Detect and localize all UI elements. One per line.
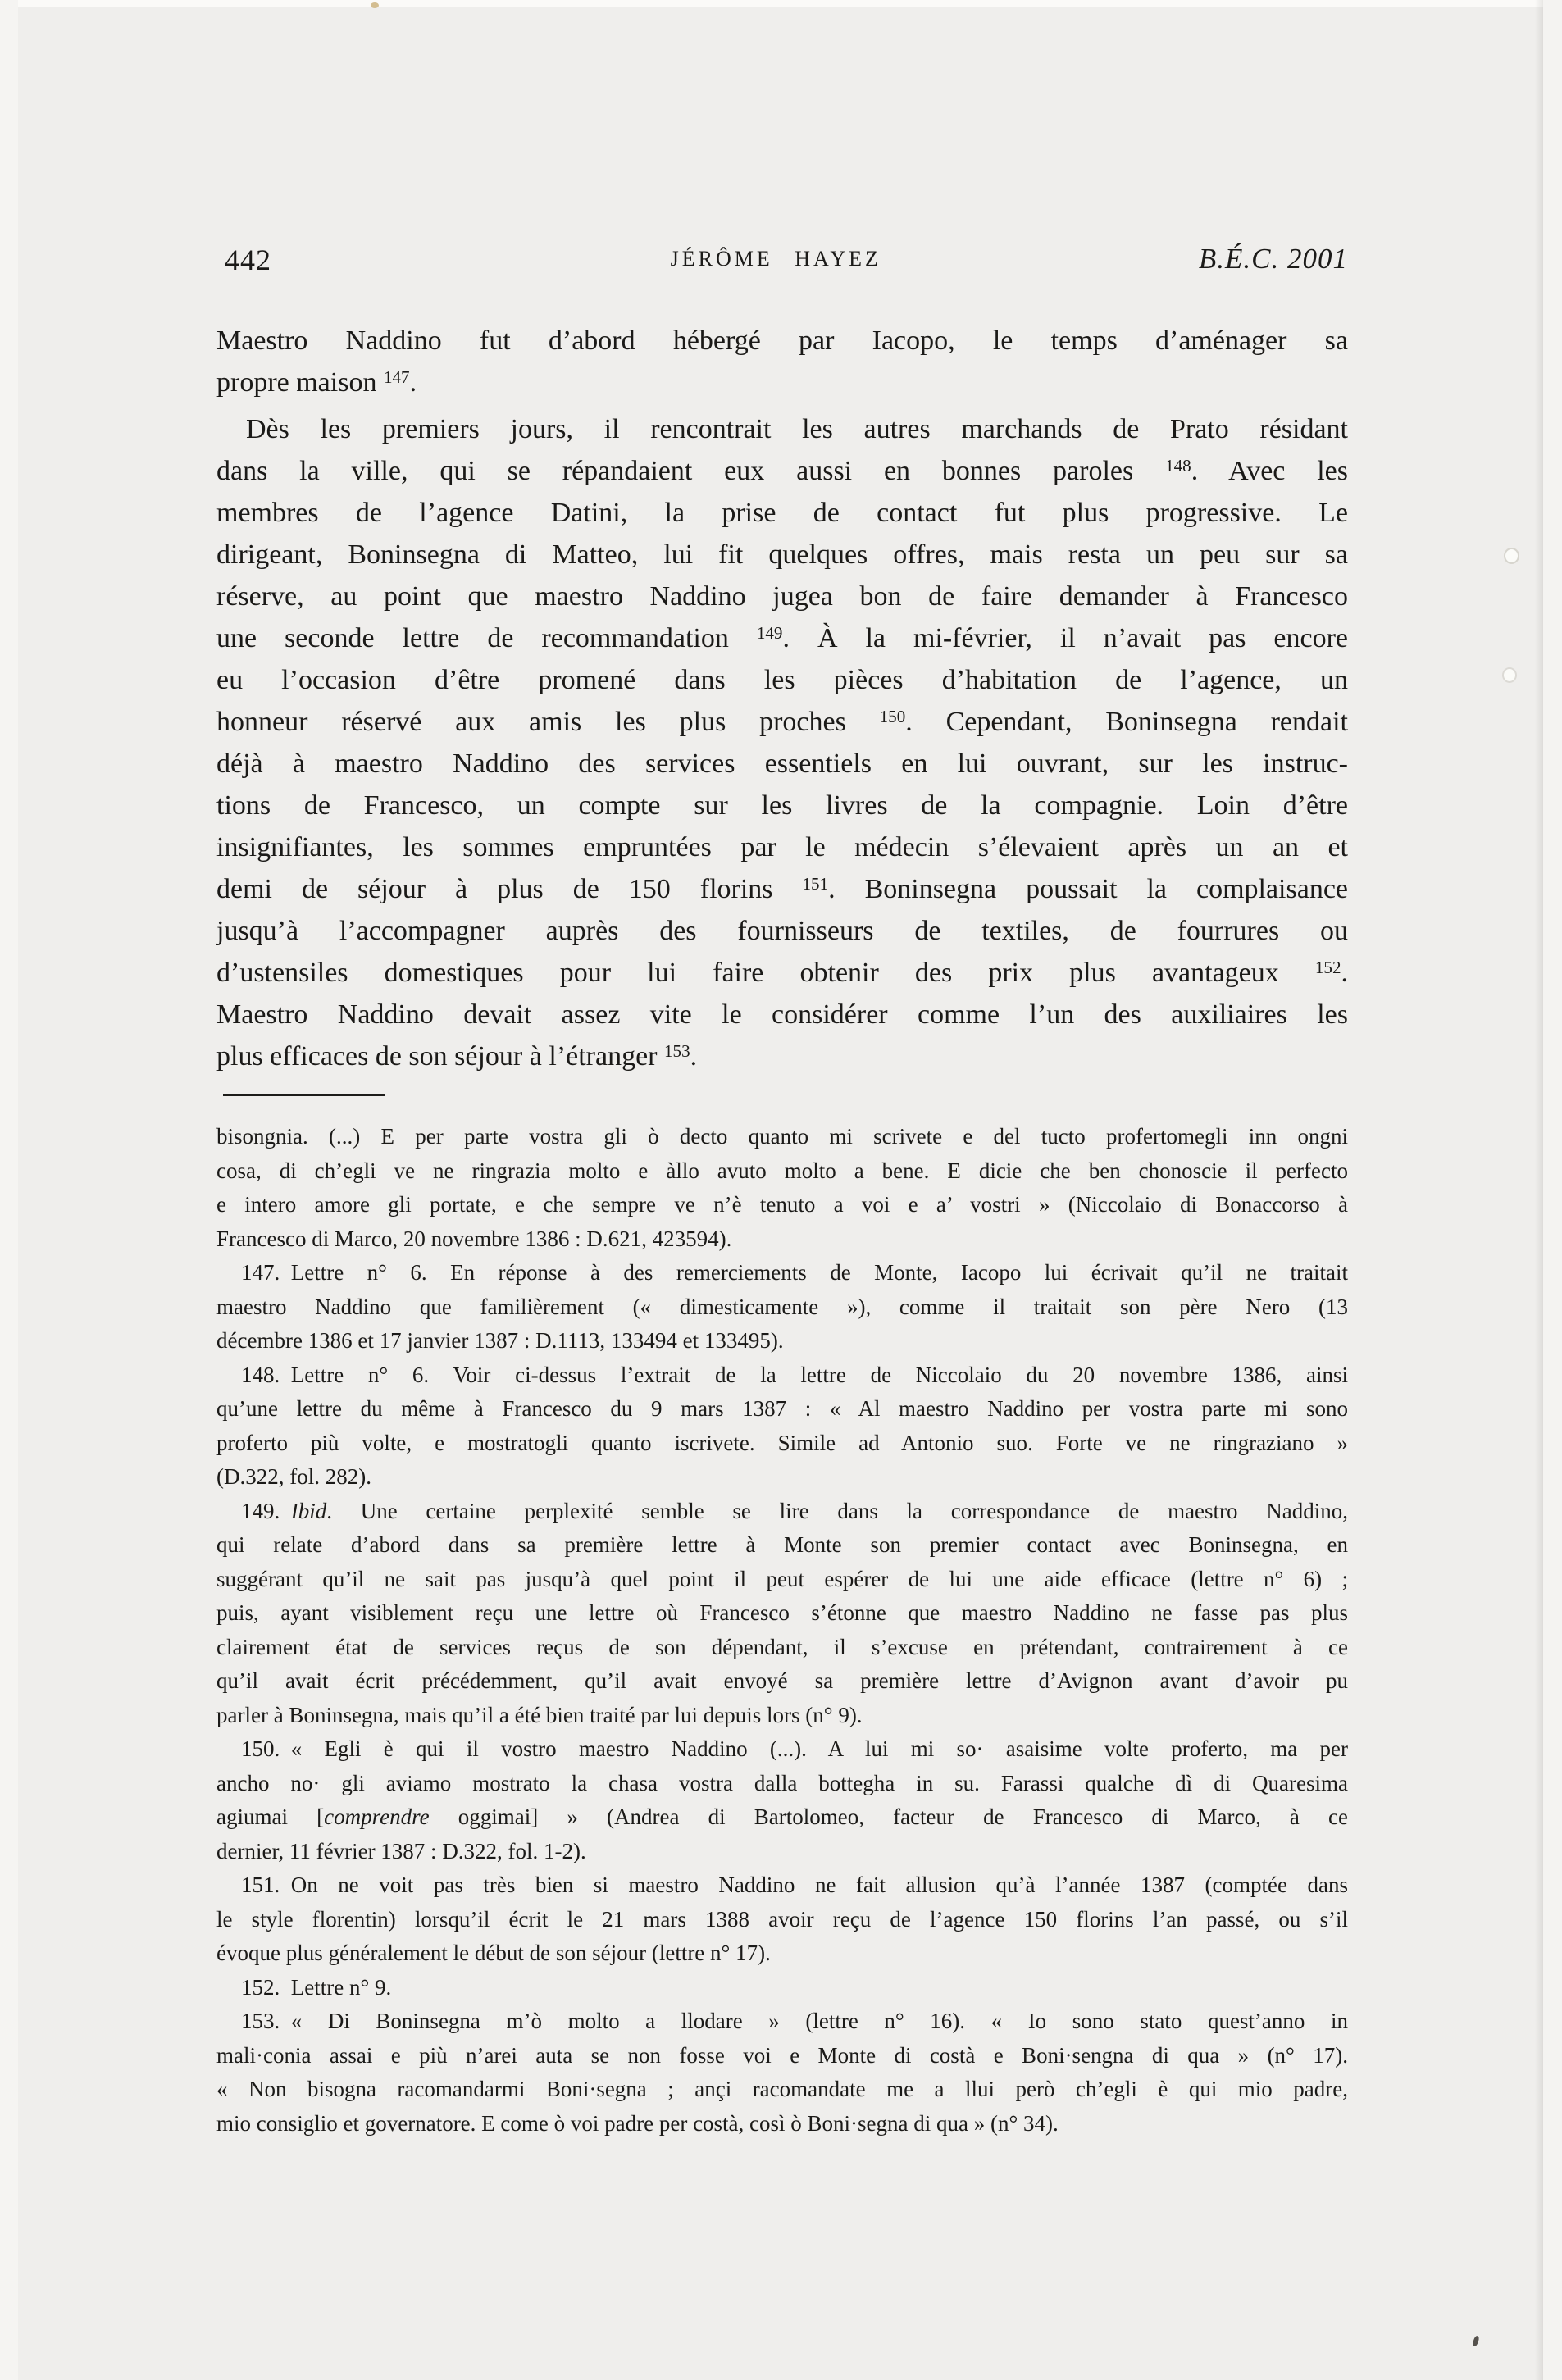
text-segment: . Une certaine perplexité semble se lire… (326, 1499, 1348, 1523)
text-segment: tions de Francesco, un compte sur les li… (216, 790, 1348, 821)
text-line: déjà à maestro Naddino des services esse… (216, 743, 1348, 785)
text-segment: plus efficaces de son séjour à l’étrange… (216, 1041, 664, 1072)
italic-text: Ibid (291, 1499, 327, 1523)
text-segment: propre maison (216, 367, 384, 398)
text-line: 152. Lettre n° 9. (216, 1971, 1348, 2005)
text-line: maestro Naddino que familièrement (« dim… (216, 1290, 1348, 1325)
body-paragraph: Dès les premiers jours, il rencontrait l… (216, 408, 1348, 1077)
text-segment: . À la mi-février, il n’avait pas encore (782, 623, 1348, 653)
text-line: qu’il avait écrit précédemment, qu’il av… (216, 1664, 1348, 1699)
scan-speck (1502, 667, 1517, 683)
text-line: demi de séjour à plus de 150 florins 151… (216, 868, 1348, 910)
footnote-ref: 147 (384, 367, 410, 387)
footnote-ref: 149 (757, 623, 783, 643)
body-paragraph: Maestro Naddino fut d’abord hébergé par … (216, 320, 1348, 403)
text-line: cosa, di ch’egli ve ne ringrazia molto e… (216, 1154, 1348, 1189)
text-segment: eu l’occasion d’être promené dans les pi… (216, 665, 1348, 695)
text-line: Francesco di Marco, 20 novembre 1386 : D… (216, 1222, 1348, 1257)
footnote-paragraph: bisongnia. (...) E per parte vostra gli … (216, 1120, 1348, 1256)
text-line: 153. « Di Boninsegna m’ò molto a llodare… (216, 2005, 1348, 2039)
scan-left-edge (0, 0, 18, 2380)
footnote-ref: 148 (1165, 456, 1191, 476)
text-line: clairement état de services reçus de son… (216, 1631, 1348, 1665)
italic-text: comprendre (324, 1804, 429, 1829)
text-line: puis, ayant visiblement reçu une lettre … (216, 1596, 1348, 1631)
text-line: qui relate d’abord dans sa première lett… (216, 1528, 1348, 1563)
text-line: dernier, 11 février 1387 : D.322, fol. 1… (216, 1835, 1348, 1869)
text-segment: Maestro Naddino devait assez vite le con… (216, 999, 1348, 1030)
footnote-paragraph: 151. On ne voit pas très bien si maestro… (216, 1868, 1348, 1971)
text-line: insignifiantes, les sommes empruntées pa… (216, 826, 1348, 868)
scan-right-shadow (1535, 0, 1543, 2380)
scan-top-edge (0, 0, 1562, 7)
text-line: jusqu’à l’accompagner auprès des fournis… (216, 910, 1348, 952)
text-segment: insignifiantes, les sommes empruntées pa… (216, 832, 1348, 862)
footnote-paragraph: 148. Lettre n° 6. Voir ci-dessus l’extra… (216, 1358, 1348, 1495)
text-segment: . Boninsegna poussait la complaisance (828, 874, 1348, 904)
text-segment: qui relate d’abord dans sa première lett… (216, 1532, 1348, 1557)
text-line: plus efficaces de son séjour à l’étrange… (216, 1035, 1348, 1077)
text-line: « Non bisogna racomandarmi Boni·segna ; … (216, 2073, 1348, 2107)
text-segment: réserve, au point que maestro Naddino ju… (216, 581, 1348, 612)
text-line: (D.322, fol. 282). (216, 1460, 1348, 1495)
text-line: Maestro Naddino devait assez vite le con… (216, 994, 1348, 1035)
scan-speck (371, 2, 379, 8)
text-segment: . (410, 367, 417, 398)
footnote-ref: 152 (1315, 958, 1341, 977)
text-line: évoque plus généralement le début de son… (216, 1936, 1348, 1971)
footnote-ref: 153 (664, 1041, 690, 1061)
text-segment: maestro Naddino que familièrement (« dim… (216, 1295, 1348, 1319)
text-segment: . Cependant, Boninsegna rendait (905, 707, 1348, 737)
text-line: bisongnia. (...) E per parte vostra gli … (216, 1120, 1348, 1154)
text-segment: puis, ayant visiblement reçu une lettre … (216, 1600, 1348, 1625)
scan-speck (1504, 548, 1519, 564)
text-line: eu l’occasion d’être promené dans les pi… (216, 659, 1348, 701)
text-segment: 150. « Egli è qui il vostro maestro Nadd… (241, 1736, 1348, 1761)
text-segment: 152. Lettre n° 9. (241, 1975, 391, 2000)
text-segment: . (1341, 958, 1349, 988)
text-line: Dès les premiers jours, il rencontrait l… (216, 408, 1348, 450)
text-line: agiumai [comprendre oggimai] » (Andrea d… (216, 1800, 1348, 1835)
text-segment: membres de l’agence Datini, la prise de … (216, 498, 1348, 528)
text-line: 151. On ne voit pas très bien si maestro… (216, 1868, 1348, 1903)
text-segment: honneur réservé aux amis les plus proche… (216, 707, 880, 737)
scanned-journal-page: { "header": { "page_number": "442", "aut… (0, 0, 1562, 2380)
footnote-separator (223, 1094, 385, 1096)
footnote-ref: 150 (880, 707, 906, 726)
text-segment: . (690, 1041, 698, 1072)
text-segment: Dès les premiers jours, il rencontrait l… (246, 414, 1348, 444)
text-segment: le style florentin) lorsqu’il écrit le 2… (216, 1907, 1348, 1932)
text-segment: . Avec les (1191, 456, 1348, 486)
text-line: suggérant qu’il ne sait pas jusqu’à quel… (216, 1563, 1348, 1597)
text-segment: oggimai] » (Andrea di Bartolomeo, facteu… (430, 1804, 1348, 1829)
text-segment: e intero amore gli portate, e che sempre… (216, 1192, 1348, 1217)
text-segment: Maestro Naddino fut d’abord hébergé par … (216, 325, 1348, 356)
text-segment: une seconde lettre de recommandation (216, 623, 757, 653)
text-line: tions de Francesco, un compte sur les li… (216, 785, 1348, 826)
text-line: 147. Lettre n° 6. En réponse à des remer… (216, 1256, 1348, 1290)
text-line: 149. Ibid. Une certaine perplexité sembl… (216, 1495, 1348, 1529)
text-segment: « Non bisogna racomandarmi Boni·segna ; … (216, 2077, 1348, 2101)
page-number: 442 (225, 243, 271, 277)
text-segment: cosa, di ch’egli ve ne ringrazia molto e… (216, 1158, 1348, 1183)
text-segment: jusqu’à l’accompagner auprès des fournis… (216, 916, 1348, 946)
footnotes: bisongnia. (...) E per parte vostra gli … (216, 1120, 1348, 2141)
text-segment: ancho no· gli aviamo mostrato la chasa v… (216, 1771, 1348, 1795)
text-segment: suggérant qu’il ne sait pas jusqu’à quel… (216, 1567, 1348, 1591)
text-segment: parler à Boninsegna, mais qu’il a été bi… (216, 1703, 863, 1727)
text-line: réserve, au point que maestro Naddino ju… (216, 576, 1348, 617)
text-segment: proferto più volte, e mostratogli quanto… (216, 1431, 1348, 1455)
text-segment: 149. (241, 1499, 291, 1523)
footnote-paragraph: 153. « Di Boninsegna m’ò molto a llodare… (216, 2005, 1348, 2141)
running-head-author: Jérôme Hayez (671, 247, 881, 271)
text-line: dans la ville, qui se répandaient eux au… (216, 450, 1348, 492)
text-line: honneur réservé aux amis les plus proche… (216, 701, 1348, 743)
text-segment: dirigeant, Boninsegna di Matteo, lui fit… (216, 539, 1348, 570)
text-segment: dans la ville, qui se répandaient eux au… (216, 456, 1165, 486)
text-segment: mio consiglio et governatore. E come ò v… (216, 2111, 1059, 2136)
text-line: dirigeant, Boninsegna di Matteo, lui fit… (216, 534, 1348, 576)
text-segment: 151. On ne voit pas très bien si maestro… (241, 1873, 1348, 1897)
body-text: Maestro Naddino fut d’abord hébergé par … (216, 320, 1348, 1077)
text-line: membres de l’agence Datini, la prise de … (216, 492, 1348, 534)
text-segment: demi de séjour à plus de 150 florins (216, 874, 802, 904)
text-segment: déjà à maestro Naddino des services esse… (216, 749, 1348, 779)
text-segment: qu’il avait écrit précédemment, qu’il av… (216, 1668, 1348, 1693)
text-line: ancho no· gli aviamo mostrato la chasa v… (216, 1767, 1348, 1801)
text-line: Maestro Naddino fut d’abord hébergé par … (216, 320, 1348, 362)
text-segment: décembre 1386 et 17 janvier 1387 : D.111… (216, 1328, 784, 1353)
text-line: propre maison 147. (216, 362, 1348, 403)
text-segment: Francesco di Marco, 20 novembre 1386 : D… (216, 1226, 731, 1251)
footnote-ref: 151 (802, 874, 828, 894)
running-head-journal: B.É.C. 2001 (1199, 243, 1348, 275)
text-segment: 153. « Di Boninsegna m’ò molto a llodare… (241, 2009, 1348, 2033)
text-segment: mali·conia assai e più n’arei auta se no… (216, 2043, 1348, 2068)
footnote-paragraph: 150. « Egli è qui il vostro maestro Nadd… (216, 1732, 1348, 1868)
text-line: d’ustensiles domestiques pour lui faire … (216, 952, 1348, 994)
text-segment: bisongnia. (...) E per parte vostra gli … (216, 1124, 1348, 1149)
footnote-paragraph: 149. Ibid. Une certaine perplexité sembl… (216, 1495, 1348, 1733)
text-segment: clairement état de services reçus de son… (216, 1635, 1348, 1659)
scan-speck (1472, 2335, 1480, 2346)
text-segment: agiumai [ (216, 1804, 324, 1829)
text-line: mio consiglio et governatore. E come ò v… (216, 2107, 1348, 2141)
text-segment: 147. Lettre n° 6. En réponse à des remer… (241, 1260, 1348, 1285)
text-line: proferto più volte, e mostratogli quanto… (216, 1427, 1348, 1461)
text-segment: qu’une lettre du même à Francesco du 9 m… (216, 1396, 1348, 1421)
text-line: décembre 1386 et 17 janvier 1387 : D.111… (216, 1324, 1348, 1358)
text-segment: (D.322, fol. 282). (216, 1464, 371, 1489)
footnote-paragraph: 152. Lettre n° 9. (216, 1971, 1348, 2005)
text-segment: 148. Lettre n° 6. Voir ci-dessus l’extra… (241, 1363, 1348, 1387)
footnote-paragraph: 147. Lettre n° 6. En réponse à des remer… (216, 1256, 1348, 1358)
scan-right-edge (1543, 0, 1562, 2380)
text-segment: d’ustensiles domestiques pour lui faire … (216, 958, 1315, 988)
text-line: 150. « Egli è qui il vostro maestro Nadd… (216, 1732, 1348, 1767)
text-line: qu’une lettre du même à Francesco du 9 m… (216, 1392, 1348, 1427)
text-line: le style florentin) lorsqu’il écrit le 2… (216, 1903, 1348, 1937)
running-head: 442 Jérôme Hayez B.É.C. 2001 (216, 243, 1348, 279)
text-line: 148. Lettre n° 6. Voir ci-dessus l’extra… (216, 1358, 1348, 1393)
text-line: mali·conia assai e più n’arei auta se no… (216, 2039, 1348, 2073)
text-segment: dernier, 11 février 1387 : D.322, fol. 1… (216, 1839, 586, 1863)
text-segment: évoque plus généralement le début de son… (216, 1941, 771, 1965)
text-line: parler à Boninsegna, mais qu’il a été bi… (216, 1699, 1348, 1733)
text-line: une seconde lettre de recommandation 149… (216, 617, 1348, 659)
text-line: e intero amore gli portate, e che sempre… (216, 1188, 1348, 1222)
